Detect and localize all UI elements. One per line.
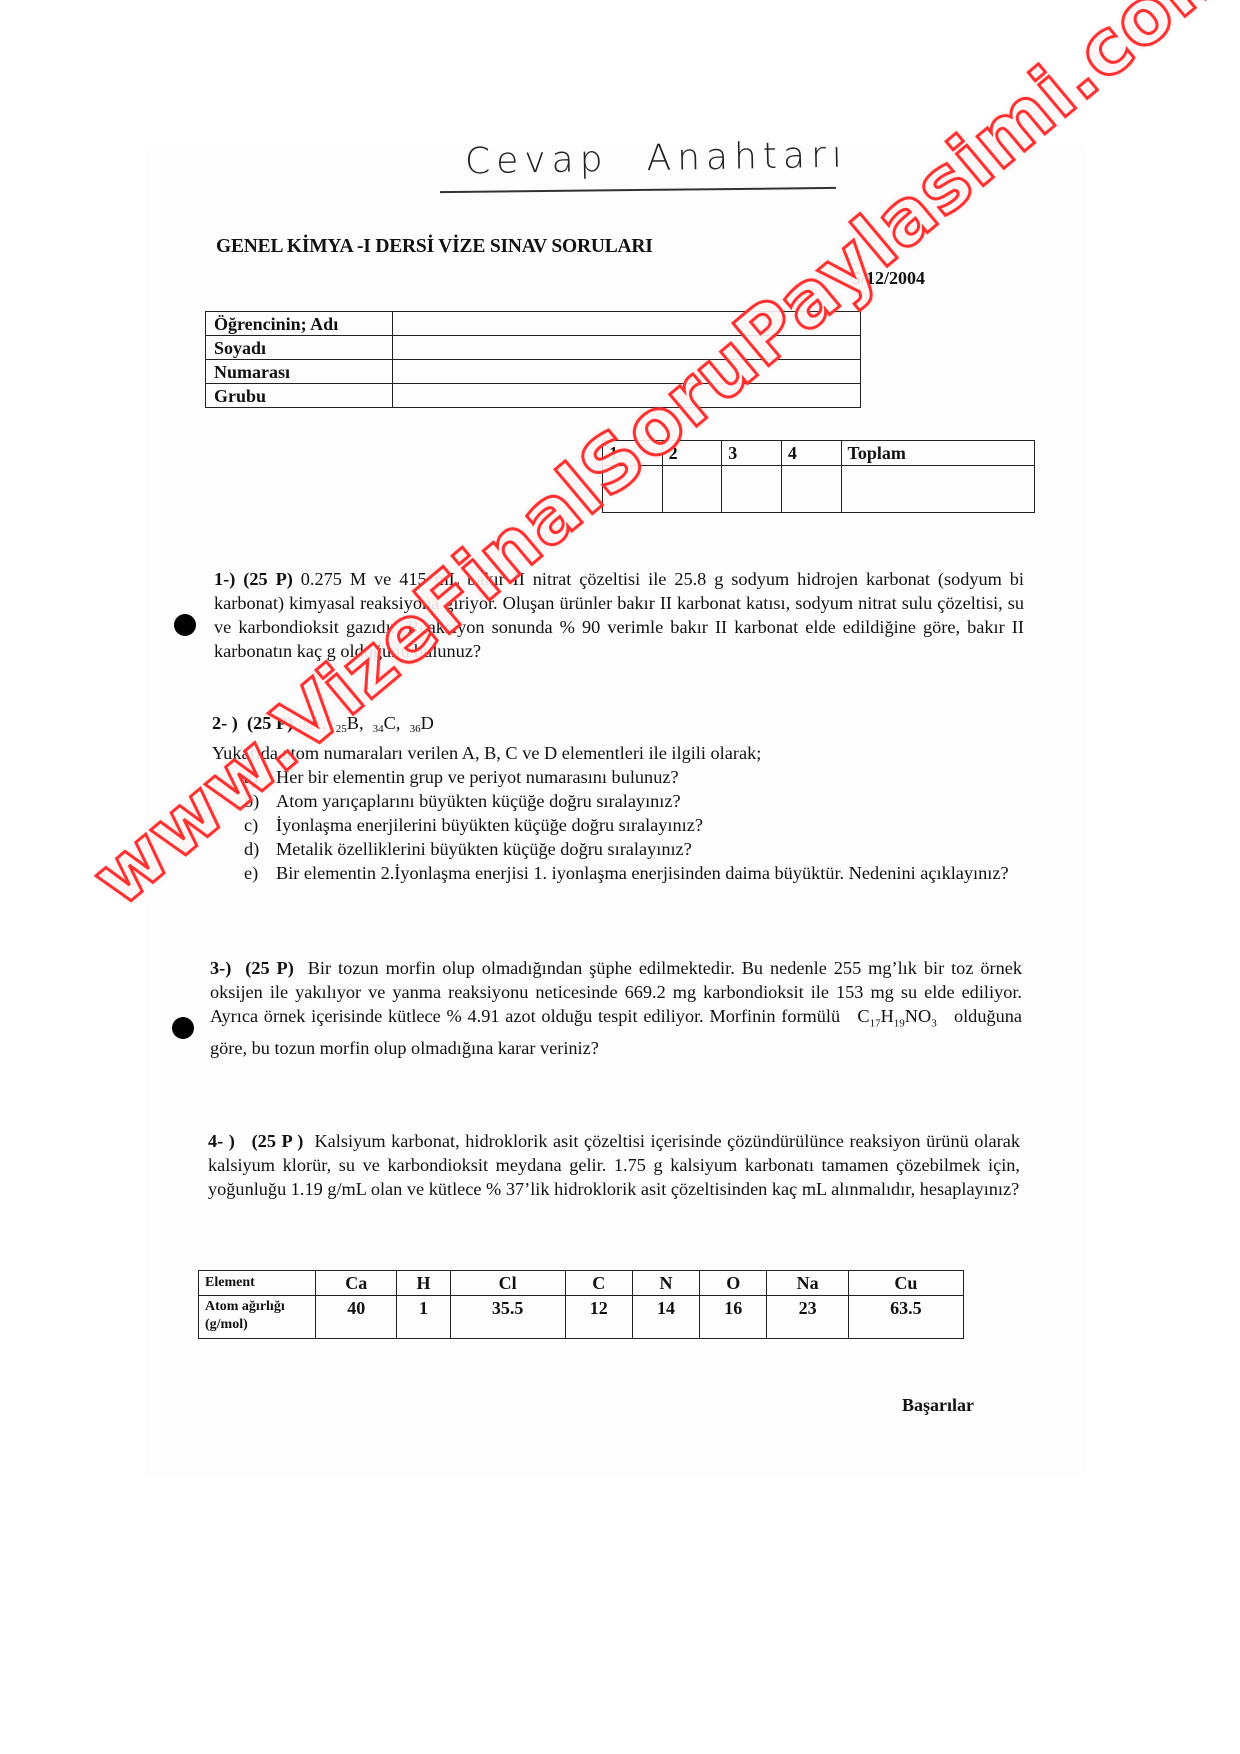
- question-text: Kalsiyum karbonat, hidroklorik asit çöze…: [208, 1131, 1020, 1199]
- question-points: (25 P): [247, 713, 293, 733]
- atomic-weights-table: Element Ca H Cl C N O Na Cu Atom ağırlığ…: [198, 1270, 964, 1339]
- student-info-row: Soyadı: [206, 336, 861, 360]
- score-header-q2: 2: [662, 441, 722, 466]
- element-row-label: Element: [199, 1271, 316, 1296]
- student-number-field[interactable]: [393, 360, 861, 384]
- student-info-table: Öğrencinin; Adı Soyadı Numarası Grubu: [205, 311, 861, 408]
- score-cell-total[interactable]: [841, 466, 1035, 513]
- student-info-row: Grubu: [206, 384, 861, 408]
- score-table: 1 2 3 4 Toplam: [602, 440, 1035, 513]
- student-group-label: Grubu: [206, 384, 393, 408]
- question-text: 0.275 M ve 415 mL bakır II nitrat çözelt…: [214, 569, 1024, 661]
- score-cell-q3[interactable]: [722, 466, 782, 513]
- student-surname-label: Soyadı: [206, 336, 393, 360]
- question-number: 3-): [210, 958, 231, 978]
- element-list: 19A, 25B, 34C, 36D: [298, 713, 434, 733]
- question-points: (25 P): [245, 958, 294, 978]
- sub-question-list: a)Her bir elementin grup ve periyot numa…: [212, 765, 1027, 885]
- atomic-weight: 35.5: [450, 1296, 565, 1339]
- element-symbol: H: [397, 1271, 450, 1296]
- element-symbol: Ca: [316, 1271, 397, 1296]
- question-1: 1-) (25 P) 0.275 M ve 415 mL bakır II ni…: [214, 567, 1024, 663]
- handwritten-word-2: Anahtarı: [646, 135, 848, 180]
- sub-question: a)Her bir elementin grup ve periyot numa…: [244, 765, 1027, 789]
- question-number: 2- ): [212, 713, 238, 733]
- question-intro: Yukarıda atom numaraları verilen A, B, C…: [212, 741, 1027, 765]
- score-header-q1: 1: [603, 441, 663, 466]
- question-4: 4- ) (25 P ) Kalsiyum karbonat, hidroklo…: [208, 1129, 1020, 1201]
- element-symbol: Cl: [450, 1271, 565, 1296]
- question-3: 3-) (25 P) Bir tozun morfin olup olmadığ…: [210, 956, 1022, 1060]
- weight-row: Atom ağırlığı (g/mol) 40 1 35.5 12 14 16…: [199, 1296, 964, 1339]
- student-info-row: Öğrencinin; Adı: [206, 312, 861, 336]
- question-points: (25 P): [243, 569, 293, 589]
- student-surname-field[interactable]: [393, 336, 861, 360]
- student-number-label: Numarası: [206, 360, 393, 384]
- element-symbol: N: [632, 1271, 699, 1296]
- sub-question: b)Atom yarıçaplarını büyükten küçüğe doğ…: [244, 789, 1027, 813]
- sub-question: d)Metalik özelliklerini büyükten küçüğe …: [244, 837, 1027, 861]
- element-symbol: C: [565, 1271, 632, 1296]
- hole-punch-mark: [172, 1017, 194, 1039]
- atomic-weight: 12: [565, 1296, 632, 1339]
- atomic-weight: 40: [316, 1296, 397, 1339]
- question-number: 1-): [214, 569, 235, 589]
- question-2: 2- ) (25 P) 19A, 25B, 34C, 36D Yukarıda …: [212, 711, 1027, 885]
- morphine-formula: C17H19NO3: [857, 1006, 936, 1026]
- student-group-field[interactable]: [393, 384, 861, 408]
- weight-row-label: Atom ağırlığı (g/mol): [199, 1296, 316, 1339]
- student-name-label: Öğrencinin; Adı: [206, 312, 393, 336]
- atomic-weight: 1: [397, 1296, 450, 1339]
- exam-title: GENEL KİMYA -I DERSİ VİZE SINAV SORULARI: [216, 236, 653, 258]
- score-cell-q1[interactable]: [603, 466, 663, 513]
- hole-punch-mark: [174, 614, 196, 636]
- element-symbol: Na: [767, 1271, 848, 1296]
- question-number: 4- ): [208, 1131, 235, 1151]
- handwritten-word-1: Cevap: [465, 139, 609, 182]
- atomic-weight: 14: [632, 1296, 699, 1339]
- question-points: (25 P ): [252, 1131, 304, 1151]
- atomic-weight: 23: [767, 1296, 848, 1339]
- score-cell-q4[interactable]: [781, 466, 841, 513]
- sub-question: e)Bir elementin 2.İyonlaşma enerjisi 1. …: [244, 861, 1027, 885]
- atomic-weight: 63.5: [848, 1296, 963, 1339]
- element-row: Element Ca H Cl C N O Na Cu: [199, 1271, 964, 1296]
- element-symbol: O: [700, 1271, 767, 1296]
- sub-question: c)İyonlaşma enerjilerini büyükten küçüğe…: [244, 813, 1027, 837]
- student-name-field[interactable]: [393, 312, 861, 336]
- score-header-q3: 3: [722, 441, 782, 466]
- student-info-row: Numarası: [206, 360, 861, 384]
- score-cell-q2[interactable]: [662, 466, 722, 513]
- closing-text: Başarılar: [902, 1395, 974, 1416]
- handwritten-answer-key-note: CevapAnahtarı: [465, 135, 848, 183]
- score-header-q4: 4: [781, 441, 841, 466]
- score-header-total: Toplam: [841, 441, 1035, 466]
- atomic-weight: 16: [700, 1296, 767, 1339]
- element-symbol: Cu: [848, 1271, 963, 1296]
- exam-date: 5/12/2004: [852, 268, 925, 289]
